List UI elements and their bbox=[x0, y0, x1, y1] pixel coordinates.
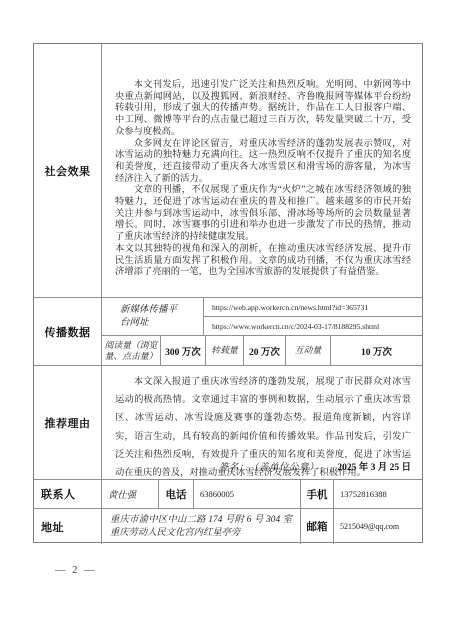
recommendation-label: 推荐理由 bbox=[34, 366, 102, 479]
page-number: — 2 — bbox=[55, 565, 97, 576]
form-table: 社会效果 本文刊发后，迅速引发广泛关注和热烈反响。光明网、中新网等中央重点新闻网… bbox=[33, 43, 423, 543]
platform-url-header: 新媒体传播平台网址 bbox=[102, 298, 204, 335]
social-effect-paragraph-2: 众多网友在评论区留言，对重庆冰雪经济的蓬勃发展表示赞叹，对冰雪运动的独特魅力充满… bbox=[115, 139, 411, 186]
email-value: 5215049@qq.com bbox=[334, 509, 422, 544]
read-count-value: 300 万次 bbox=[161, 336, 206, 365]
interaction-count-label: 互动量 bbox=[286, 336, 331, 365]
row-social-effect: 社会效果 本文刊发后，迅速引发广泛关注和热烈反响。光明网、中新网等中央重点新闻网… bbox=[34, 44, 422, 298]
read-count-label: 阅读量（浏览量、点击量） bbox=[102, 336, 161, 365]
social-effect-text: 本文刊发后，迅速引发广泛关注和热烈反响。光明网、中新网等中央重点新闻网站，以及搜… bbox=[102, 44, 422, 297]
signature-label: 签名：（盖单位公章） bbox=[219, 459, 319, 473]
phone-value: 63860005 bbox=[194, 480, 301, 508]
signature-row: 签名：（盖单位公章） 2025 年 3 月 25 日 bbox=[102, 459, 422, 473]
row-address: 地址 重庆市渝中区中山二路 174 号附 6 号 304 室重庆劳动人民文化宫内… bbox=[34, 509, 422, 544]
recommendation-content: 本文深入报道了重庆冰雪经济的蓬勃发展，展现了市民群众对冰雪运动的极高热情。文章通… bbox=[102, 366, 422, 479]
repost-count-value: 20 万次 bbox=[244, 336, 286, 365]
email-label: 邮箱 bbox=[301, 509, 334, 544]
spread-data-content: 新媒体传播平台网址 https://web.app.workercn.cn/ne… bbox=[102, 298, 422, 365]
row-spread-data: 传播数据 新媒体传播平台网址 https://web.app.workercn.… bbox=[34, 298, 422, 366]
social-effect-paragraph-1: 本文刊发后，迅速引发广泛关注和热烈反响。光明网、中新网等中央重点新闻网站，以及搜… bbox=[115, 80, 411, 139]
document-page: { "social_effect": { "label": "社会效果", "p… bbox=[0, 0, 450, 636]
spread-data-label: 传播数据 bbox=[34, 298, 102, 365]
social-effect-paragraph-4: 本文以其独特的视角和深入的剖析，在推动重庆冰雪经济发展、提升市民生活质量方面发挥… bbox=[115, 244, 411, 279]
row-contact: 联系人 黄仕强 电话 63860005 手机 13752816388 bbox=[34, 480, 422, 509]
mobile-label: 手机 bbox=[301, 480, 334, 508]
row-recommendation: 推荐理由 本文深入报道了重庆冰雪经济的蓬勃发展，展现了市民群众对冰雪运动的极高热… bbox=[34, 366, 422, 480]
address-label: 地址 bbox=[34, 509, 102, 544]
contact-name: 黄仕强 bbox=[102, 480, 159, 508]
interaction-count-value: 10 万次 bbox=[331, 336, 422, 365]
metrics-section: 阅读量（浏览量、点击量） 300 万次 转载量 20 万次 互动量 10 万次 bbox=[102, 336, 422, 365]
platform-url-1: https://web.app.workercn.cn/news.html?id… bbox=[204, 298, 422, 317]
platform-url-section: 新媒体传播平台网址 https://web.app.workercn.cn/ne… bbox=[102, 298, 422, 336]
platform-url-2: https://www.workercn.cn/c/2024-03-17/818… bbox=[204, 317, 422, 335]
contact-label: 联系人 bbox=[34, 480, 102, 508]
phone-label: 电话 bbox=[159, 480, 194, 508]
signature-date: 2025 年 3 月 25 日 bbox=[337, 459, 411, 473]
repost-count-label: 转载量 bbox=[206, 336, 244, 365]
platform-url-list: https://web.app.workercn.cn/news.html?id… bbox=[204, 298, 422, 335]
mobile-value: 13752816388 bbox=[334, 480, 422, 508]
address-value: 重庆市渝中区中山二路 174 号附 6 号 304 室重庆劳动人民文化宫内红星亭… bbox=[102, 509, 301, 544]
social-effect-paragraph-3: 文章的刊播，不仅展现了重庆作为“火炉”之城在冰雪经济领域的独特魅力，还促进了冰雪… bbox=[115, 185, 411, 244]
social-effect-label: 社会效果 bbox=[34, 44, 102, 297]
